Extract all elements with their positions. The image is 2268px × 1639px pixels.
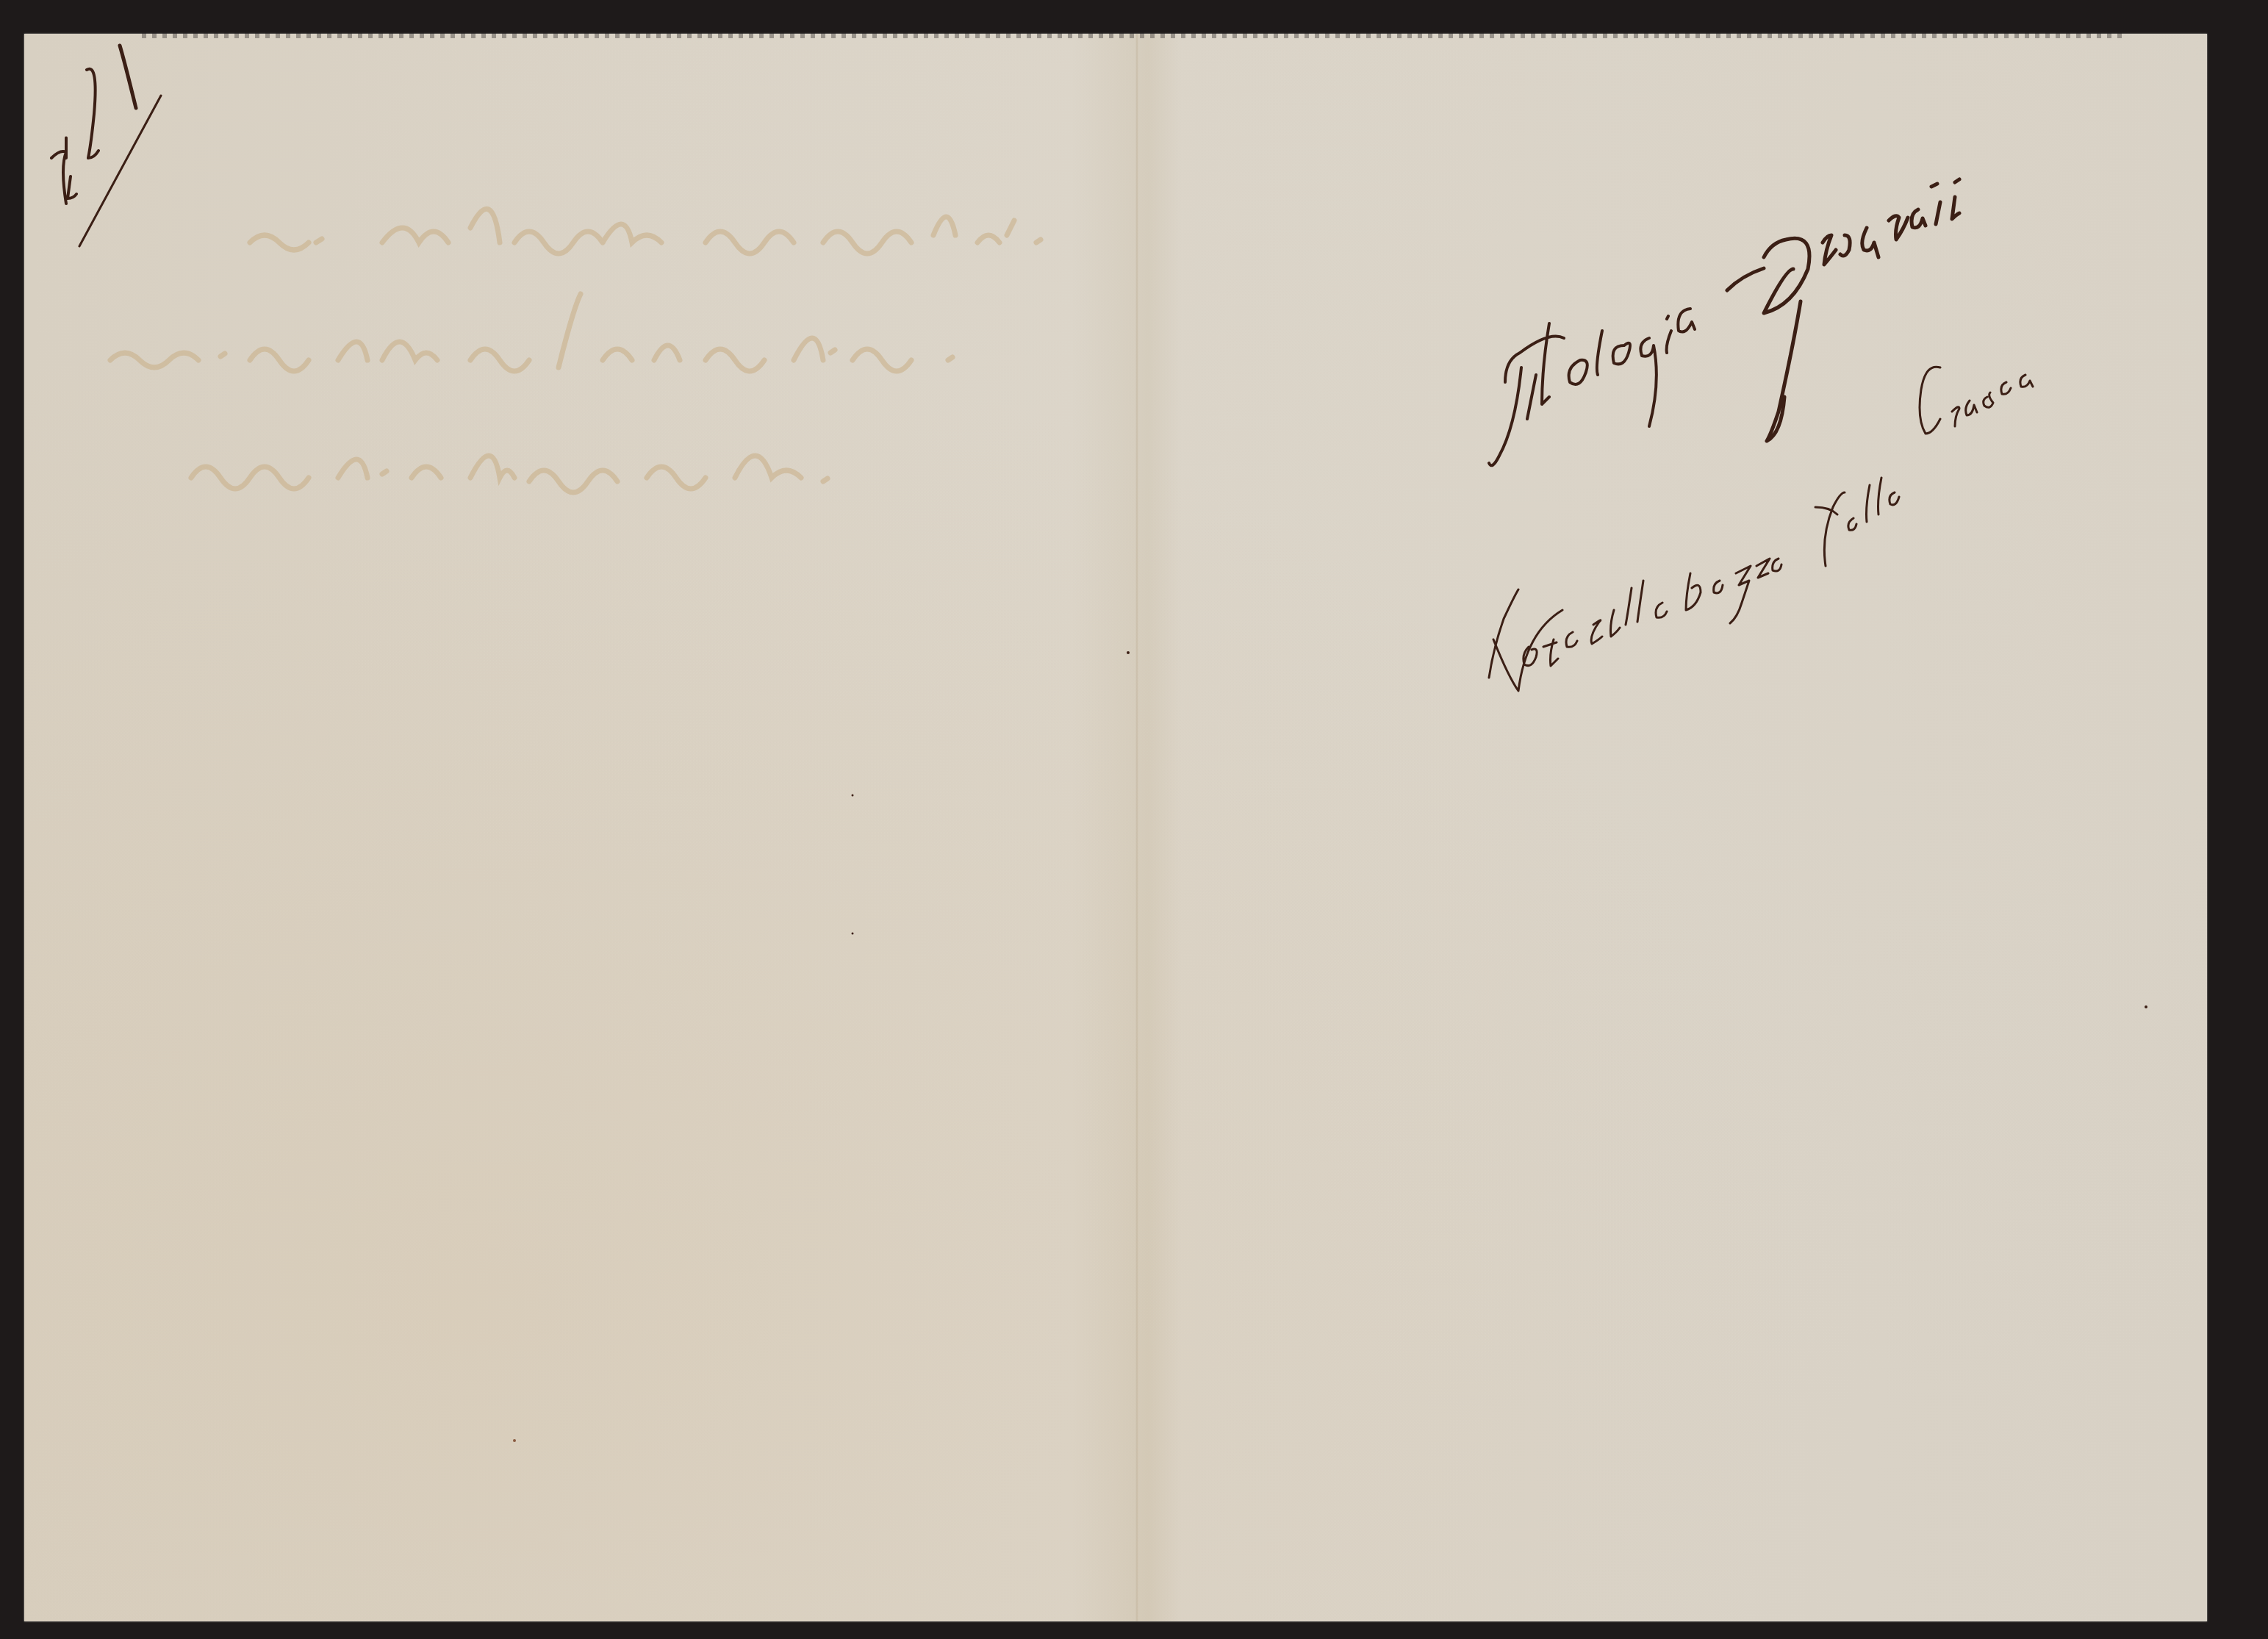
bleed-through-text xyxy=(110,209,1041,492)
title-handwriting xyxy=(1489,179,1959,465)
shelf-mark-fil xyxy=(51,46,161,246)
subtitle-handwriting xyxy=(1489,367,2033,691)
ink-specks xyxy=(513,651,2147,1442)
handwriting-layer xyxy=(0,0,2268,1639)
